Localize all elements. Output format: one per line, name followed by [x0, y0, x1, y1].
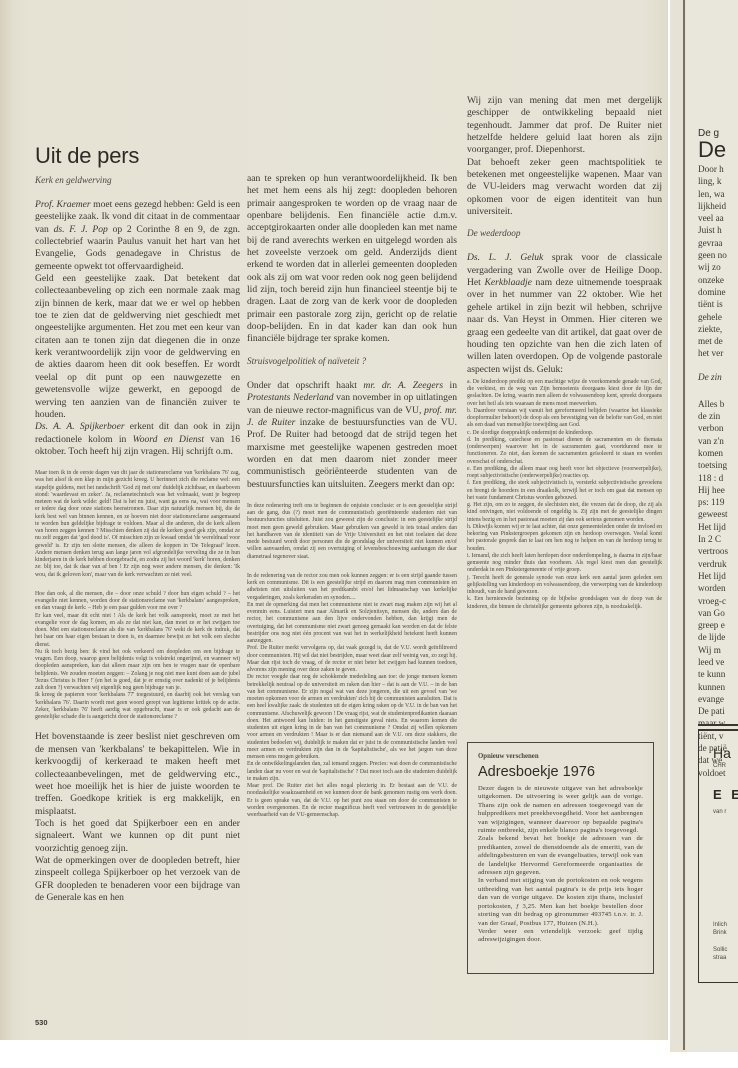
next-page-title: De	[698, 137, 738, 163]
page-number: 530	[35, 1018, 48, 1027]
text-line-fragment: len, wa	[698, 188, 738, 200]
paragraph: Dat behoeft zeker geen machtspolitiek te…	[467, 157, 662, 219]
text-line-fragment: het ver	[698, 347, 738, 359]
paragraph: Wat de opmerkingen over de doopleden bet…	[35, 855, 240, 904]
text-line-fragment: Hij hee	[698, 484, 738, 496]
text-line-fragment: ziekte,	[698, 323, 738, 335]
magazine-page-right-cropped: De g De Door hling, klen, walijkheidveel…	[686, 0, 738, 1052]
text-line-fragment: gevraa	[698, 237, 738, 249]
paragraph: Onder dat opschrift haakt mr. dr. A. Zee…	[247, 380, 457, 491]
quote-paragraph: De rector voegde daar nog de schokkende …	[247, 674, 457, 761]
text-line-fragment: kunnen	[698, 681, 738, 693]
notice-paragraph: Dezer dagen is de nieuwste uitgave van h…	[478, 785, 643, 835]
text-line-fragment: worden	[698, 582, 738, 594]
text-line-fragment: domine	[698, 286, 738, 298]
paragraph: Toch is het goed dat Spijkerboer een en …	[35, 818, 240, 855]
advert-heading: E E	[713, 787, 738, 802]
text-line-fragment: vertroos	[698, 545, 738, 557]
text-line-fragment: Wij m	[698, 644, 738, 656]
text-line-fragment: onzeke	[698, 274, 738, 286]
notice-kicker: Opnieuw verschenen	[478, 753, 643, 760]
job-advert-box: Ha CHR E E van r Inlich Brink Sollic str…	[698, 730, 738, 983]
paragraph: Geld een geestelijke zaak. Dat betekent …	[35, 273, 240, 421]
text-line-fragment: komen	[698, 447, 738, 459]
text-line-fragment: verdruk	[698, 558, 738, 570]
text-line-fragment: van Go	[698, 607, 738, 619]
list-item: a. De kinderdoop predikt op een machtige…	[467, 379, 662, 408]
list-item: i. Iemand, die zich heeft laten herdopen…	[467, 553, 662, 575]
list-item: e. Een prediking, die alleen maar oog he…	[467, 466, 662, 481]
list-item: b. Daardoor verstaan wij vanuit het gere…	[467, 408, 662, 430]
text-line-fragment: ling, k	[698, 175, 738, 187]
text-line-fragment: tiënt is	[698, 298, 738, 310]
quote-paragraph: Hoe dan ook, al die mensen, die – door o…	[35, 591, 240, 613]
list-item: d. In prediking, catechese en pastoraat …	[467, 437, 662, 466]
list-item: f. Een prediking, die sterk subjectivist…	[467, 480, 662, 502]
paragraph: Ds. A. A. Spijkerboer erkent dit dan ook…	[35, 421, 240, 458]
notice-box-adresboekje: Opnieuw verschenen Adresboekje 1976 Deze…	[467, 742, 654, 974]
subheading-struisvogelpolitiek: Struisvogelpolitiek of naïveteit ?	[247, 356, 457, 366]
text-line-fragment: leed ve	[698, 656, 738, 668]
quote-paragraph: En met de opmerking dat men het communis…	[247, 602, 457, 646]
quote-paragraph: En de ontwikkelingslanden dan, zal ieman…	[247, 761, 457, 783]
quote-paragraph: Maar toen ik in de eerste dagen van dit …	[35, 470, 240, 579]
text-line-fragment: De pati	[698, 705, 738, 717]
text-line-fragment: de zin	[698, 410, 738, 422]
list-item: j. Terecht heeft de generale synode van …	[467, 575, 662, 597]
notice-paragraph: Zoals bekend bevat het boekje de adresse…	[478, 835, 643, 877]
quote-paragraph: Ik kreeg de papieren voor 'kerkbalans 77…	[35, 692, 240, 721]
advert-org: CHR	[713, 763, 726, 769]
subheading-kerk-en-geldwerving: Kerk en geldwerving	[35, 175, 240, 185]
next-page-subheading: De zin	[698, 372, 738, 382]
notice-paragraph: In verband met stijging van de portokost…	[478, 877, 643, 927]
list-item: c. De slordige doeppraktijk ondermijnt d…	[467, 430, 662, 437]
paragraph: Het bovenstaande is zeer beslist niet ge…	[35, 731, 240, 817]
text-line-fragment: Het lijd	[698, 521, 738, 533]
list-item: h. Dikwijls komen wij er te laat achter,…	[467, 524, 662, 553]
article-column-3: Wij zijn van mening dat men met dergelij…	[467, 95, 662, 611]
text-line-fragment: Alles b	[698, 398, 738, 410]
quote-paragraph: Prof. De Ruiter merkt vervolgens op, dat…	[247, 645, 457, 674]
next-page-text-a: Door hling, klen, walijkheidveel aaJuist…	[698, 163, 738, 360]
text-line-fragment: Juist h	[698, 224, 738, 236]
text-line-fragment: te kunn	[698, 668, 738, 680]
text-line-fragment: gehele	[698, 311, 738, 323]
notice-paragraph: Verder weer een vriendelijk verzoek: gee…	[478, 928, 643, 945]
advert-apply: Sollic straa	[713, 946, 727, 962]
subheading-de-wederdoop: De wederdoop	[467, 228, 662, 238]
list-item: g. Het zijn, om zo te zeggen, de slechts…	[467, 502, 662, 524]
advert-line: van r	[713, 809, 726, 815]
advert-name: Ha	[713, 745, 731, 761]
text-line-fragment: lijkheid	[698, 200, 738, 212]
text-line-fragment: vroeg-c	[698, 595, 738, 607]
paragraph: aan te spreken op hun verantwoordelijkhe…	[247, 173, 457, 346]
text-line-fragment: Het lijd	[698, 570, 738, 582]
text-line-fragment: Door h	[698, 163, 738, 175]
text-line-fragment: ps: 119	[698, 496, 738, 508]
text-line-fragment: In 2 C	[698, 533, 738, 545]
quote-paragraph: Er kan veel, maar dit echt niet ! Als de…	[35, 613, 240, 649]
text-line-fragment: 118 : d	[698, 472, 738, 484]
list-item: k. Een hernieuwde bezinning op de bijbel…	[467, 596, 662, 611]
advert-contact: Inlich Brink	[713, 921, 727, 937]
text-line-fragment: geweest	[698, 508, 738, 520]
text-line-fragment: veel aa	[698, 212, 738, 224]
text-line-fragment: verbon	[698, 422, 738, 434]
paragraph: Prof. Kraemer moet eens gezegd hebben: G…	[35, 199, 240, 273]
article-column-2: aan te spreken op hun verantwoordelijkhe…	[247, 173, 457, 819]
pastoral-points-list: a. De kinderdoop predikt op een machtige…	[467, 379, 662, 611]
text-line-fragment: evange	[698, 693, 738, 705]
text-line-fragment: wij zo	[698, 261, 738, 273]
text-line-fragment: de lijde	[698, 631, 738, 643]
next-page-article: De g De Door hling, klen, walijkheidveel…	[698, 128, 738, 779]
text-line-fragment: geen no	[698, 249, 738, 261]
quote-paragraph: Nu ik toch bezig ben: ik vind het ook ve…	[35, 649, 240, 693]
section-title: Uit de pers	[35, 143, 240, 169]
notice-title: Adresboekje 1976	[478, 764, 643, 780]
text-line-fragment: met de	[698, 335, 738, 347]
text-line-fragment: greep e	[698, 619, 738, 631]
paragraph: Ds. L. J. Geluk sprak voor de classicale…	[467, 252, 662, 375]
quote-paragraph: In de redenering van de rector zou men o…	[247, 573, 457, 602]
quote-paragraph: In deze redenering treft ons te beginnen…	[247, 503, 457, 561]
quote-paragraph: Maar prof. De Ruiter ziet het alles noga…	[247, 783, 457, 819]
text-line-fragment: toetsing	[698, 459, 738, 471]
gutter-line	[683, 0, 685, 1050]
next-page-text-b: Alles bde zinverbonvan z'nkomentoetsing1…	[698, 398, 738, 779]
paragraph: Wij zijn van mening dat men met dergelij…	[467, 95, 662, 157]
text-line-fragment: van z'n	[698, 435, 738, 447]
article-column-1: Uit de pers Kerk en geldwerving Prof. Kr…	[35, 143, 240, 904]
